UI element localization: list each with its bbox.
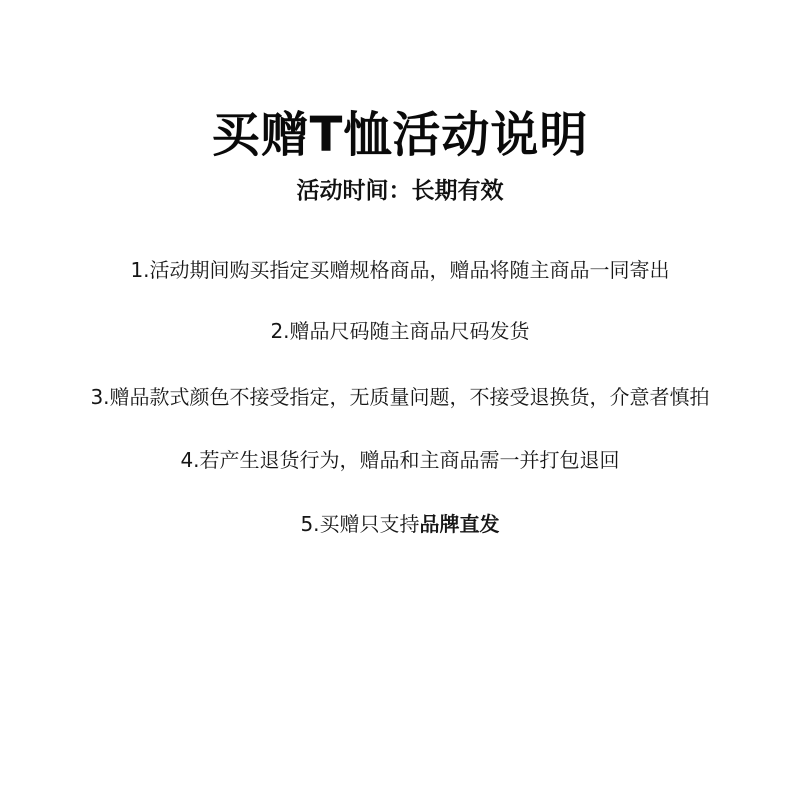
rule-item-2: 2.赠品尺码随主商品尺码发货 xyxy=(0,316,800,346)
rule-item-5-emphasis: 品牌直发 xyxy=(420,512,500,536)
activity-period: 活动时间：长期有效 xyxy=(0,174,800,208)
rule-item-3: 3.赠品款式颜色不接受指定，无质量问题，不接受退换货，介意者慎拍 xyxy=(0,382,800,412)
rule-item-5: 5.买赠只支持品牌直发 xyxy=(0,509,800,539)
rule-item-1: 1.活动期间购买指定买赠规格商品，赠品将随主商品一同寄出 xyxy=(0,255,800,285)
rule-item-4: 4.若产生退货行为，赠品和主商品需一并打包退回 xyxy=(0,445,800,475)
page-title: 买赠T恤活动说明 xyxy=(0,105,800,165)
rule-item-5-text: 5.买赠只支持 xyxy=(300,512,419,536)
